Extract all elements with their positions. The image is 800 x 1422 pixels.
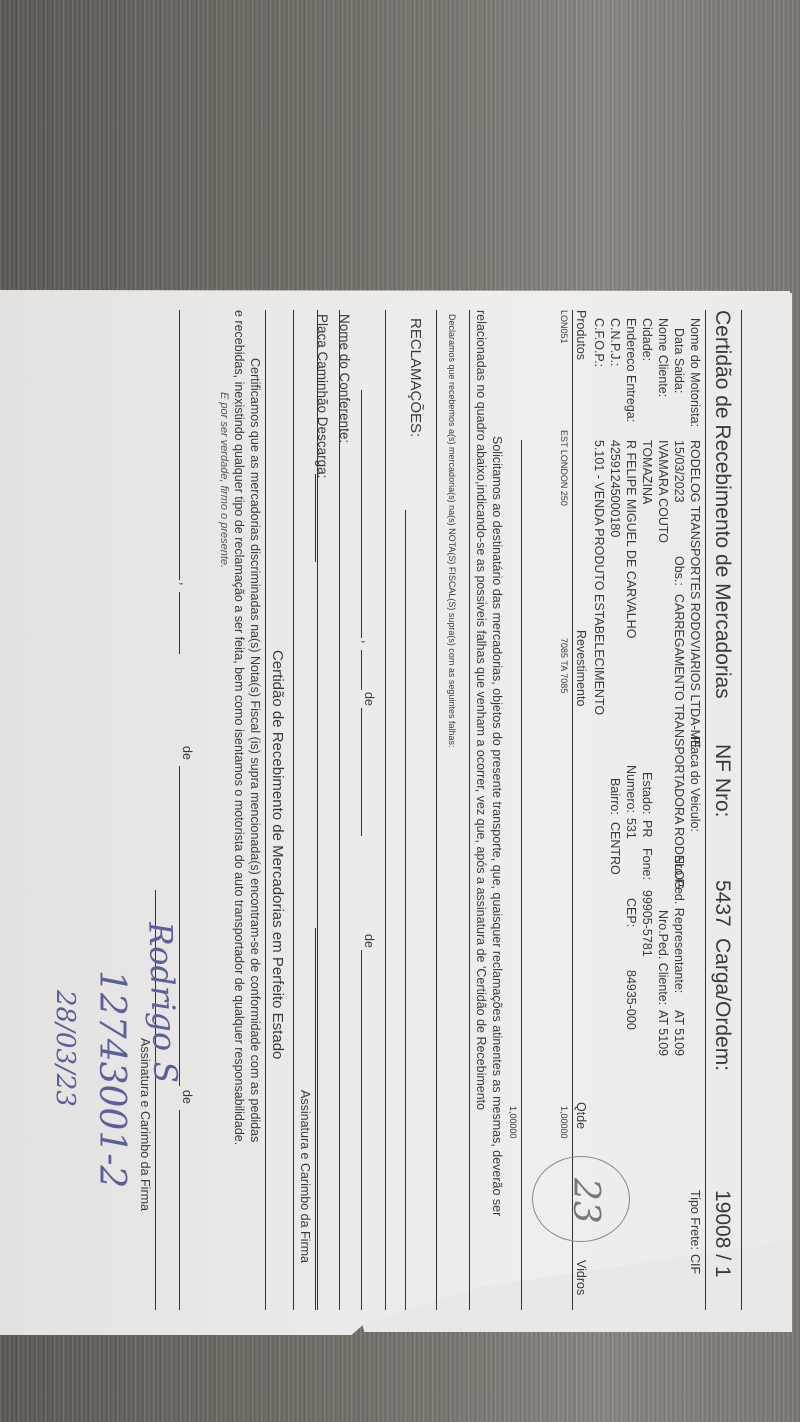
motorista-value: RODELOG TRANSPORTES RODOVIARIOS LTDA-ME: [688, 440, 702, 748]
handwritten-number: 12743001-2: [91, 970, 132, 1188]
vidros-header: Vidros: [574, 1260, 588, 1295]
nro-ped-rep-label: Nro.Ped. Representante:: [672, 855, 686, 993]
de-label: de: [362, 934, 376, 948]
divider: [436, 310, 437, 1310]
year-line[interactable]: [361, 950, 362, 1310]
signature-line[interactable]: [315, 928, 316, 1310]
divider: [293, 310, 294, 1310]
product-ref: 7085 TA 7085: [559, 638, 569, 693]
carga-label: Carga/Ordem:: [710, 938, 734, 1071]
signature-label: Assinatura e Carimbo da Firma: [298, 1090, 312, 1263]
product-description: EST LONDON 250: [559, 430, 569, 506]
signature: Rodrigo S: [141, 921, 185, 1083]
estado-label: Estado:: [640, 772, 654, 814]
tipo-frete-value: CIF: [688, 1254, 702, 1274]
data-saida-value: 15/03/2023: [672, 440, 686, 503]
bairro-label: Bairro:: [608, 778, 622, 815]
endereco-value: R FELIPE MIGUEL DE CARVALHO: [624, 440, 638, 638]
placa-label: Placa do Veiculo:: [688, 736, 702, 832]
fone-label: Fone:: [640, 848, 654, 880]
day-line[interactable]: [361, 650, 362, 690]
endereco-label: Endereco Entrega:: [624, 318, 638, 422]
cert-text-2: e recebidas, inexistindo qualquer tipo d…: [232, 310, 246, 1145]
cfop-label: C.F.O.P.:: [592, 318, 606, 367]
de-label: de: [180, 1090, 194, 1104]
header-row: Certidão de Recebimento de Mercadorias N…: [705, 310, 740, 1310]
document-title: Certidão de Recebimento de Mercadorias: [710, 310, 734, 699]
estado-value: PR: [640, 820, 654, 837]
qtde-header: Qtde: [574, 1102, 588, 1129]
placa-caminhao-label: Placa Caminhão Descarga:: [315, 314, 330, 478]
cep-label: CEP:: [624, 898, 638, 927]
nf-label: NF Nro:: [710, 744, 734, 818]
request-text-1: Solicitamos ao destinatário das mercador…: [490, 436, 504, 1216]
reclamacoes-label: RECLAMAÇÕES:: [407, 318, 424, 437]
cliente-label: Nome Cliente:: [656, 318, 670, 397]
comma: ,: [178, 582, 192, 585]
cfop-value: 5.101 - VENDA PRODUTO ESTABELECIMENTO: [592, 440, 606, 715]
nro-ped-rep-value: AT 5109: [672, 1010, 686, 1056]
declaration-text: Declaramos que recebemos a(s) mercadoria…: [447, 314, 457, 747]
revestimento-header: Revestimento: [574, 630, 588, 706]
cliente-value: IVAMARA COUTO: [656, 440, 670, 543]
fone-value: 99905-5781: [640, 890, 654, 957]
cidade-label: Cidade:: [640, 318, 654, 361]
cert-text-3: E por ser verdade, firmo o presente.: [218, 392, 230, 568]
reclamacoes-line[interactable]: [385, 310, 386, 1310]
day-line[interactable]: [179, 592, 180, 654]
cidade-value: TOMAZINA: [640, 440, 654, 504]
nf-number: 5437: [710, 880, 734, 927]
divider: [469, 310, 470, 1310]
section2-title: Certidão de Recebimento de Mercadorias e…: [269, 650, 286, 1059]
products-header: Produtos: [574, 310, 588, 360]
place-line[interactable]: [179, 310, 180, 580]
conferente-line[interactable]: [339, 310, 340, 1310]
de-label: de: [362, 692, 376, 706]
cnpj-value: 42591245000180: [608, 440, 622, 537]
cert-text-1: Certificamos que as mercadorias discrimi…: [248, 358, 262, 1142]
nro-ped-cli-value: AT 5109: [656, 1010, 670, 1056]
top-divider: [741, 310, 742, 1310]
numero-value: 531: [624, 818, 638, 839]
month-line[interactable]: [361, 708, 362, 836]
nro-ped-cli-label: Nro.Ped. Cliente:: [656, 910, 670, 1005]
divider: [265, 310, 266, 1310]
bairro-value: CENTRO: [608, 822, 622, 875]
reclamacoes-line[interactable]: [405, 510, 406, 1310]
data-saida-label: Data Saida:: [672, 328, 686, 393]
total-qty: 1,00000: [508, 1106, 518, 1139]
product-qty: 1,00000: [559, 1106, 569, 1139]
request-text-2: relacionadas no quadro abaixo,indicando-…: [474, 310, 488, 1110]
numero-label: Numero:: [624, 765, 638, 813]
motorista-label: Nome do Motorista:: [688, 318, 702, 427]
total-divider: [521, 440, 522, 1310]
cep-value: 84935-000: [624, 970, 638, 1030]
year-line[interactable]: [179, 1110, 180, 1310]
cnpj-label: C.N.P.J.:: [608, 318, 622, 366]
document: Certidão de Recebimento de Mercadorias N…: [20, 310, 740, 1310]
circled-number: 23: [565, 1178, 606, 1224]
tipo-frete-label: Tipo Frete:: [688, 1190, 702, 1250]
obs-label: Obs.:: [672, 556, 686, 586]
obs-value: CARREGAMENTO TRANSPORTADORA RODELOG: [672, 594, 686, 890]
comma: ,: [360, 640, 374, 643]
handwritten-date: 28/03/23: [50, 990, 80, 1107]
carga-value: 19008 / 1: [710, 1190, 734, 1278]
de-label: de: [180, 746, 194, 760]
product-code: LON051: [559, 310, 569, 344]
placa-line[interactable]: [315, 474, 316, 562]
place-line[interactable]: [361, 390, 362, 638]
